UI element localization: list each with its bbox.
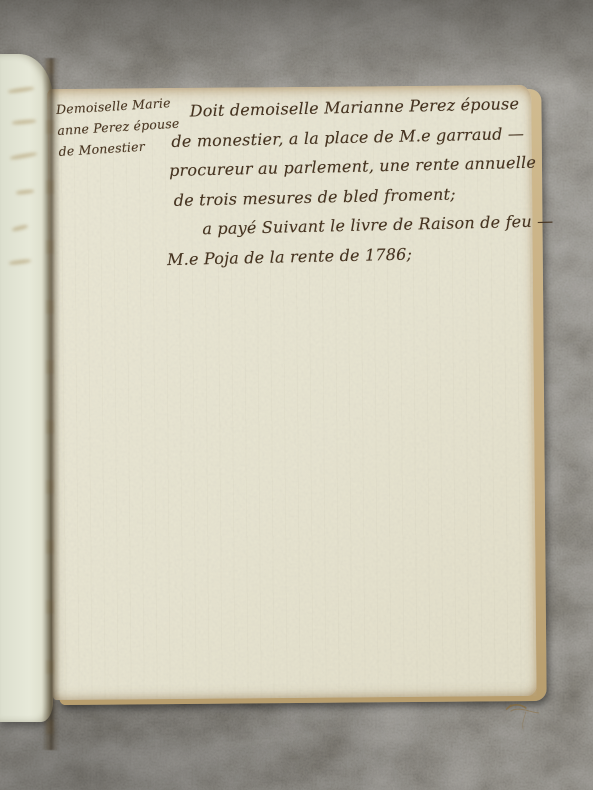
bleed-through-mark <box>16 189 34 195</box>
bleed-through-mark <box>10 152 37 161</box>
bleed-through-mark <box>9 259 31 266</box>
bleed-through-mark <box>12 224 28 232</box>
felt-fiber-streak <box>254 1 436 63</box>
bleed-through-mark <box>8 86 34 94</box>
manuscript-page: Demoiselle Marie anne Perez épouse de Mo… <box>47 85 536 700</box>
entry-text: Doit demoiselle Marianne Perez épouse de… <box>165 88 554 274</box>
ink-smudge <box>499 692 543 736</box>
felt-fiber-streak <box>101 50 220 73</box>
photo-of-manuscript: Demoiselle Marie anne Perez épouse de Mo… <box>0 0 593 790</box>
felt-fiber-streak <box>180 732 339 752</box>
facing-page-edge <box>0 54 53 722</box>
bleed-through-mark <box>12 119 36 125</box>
